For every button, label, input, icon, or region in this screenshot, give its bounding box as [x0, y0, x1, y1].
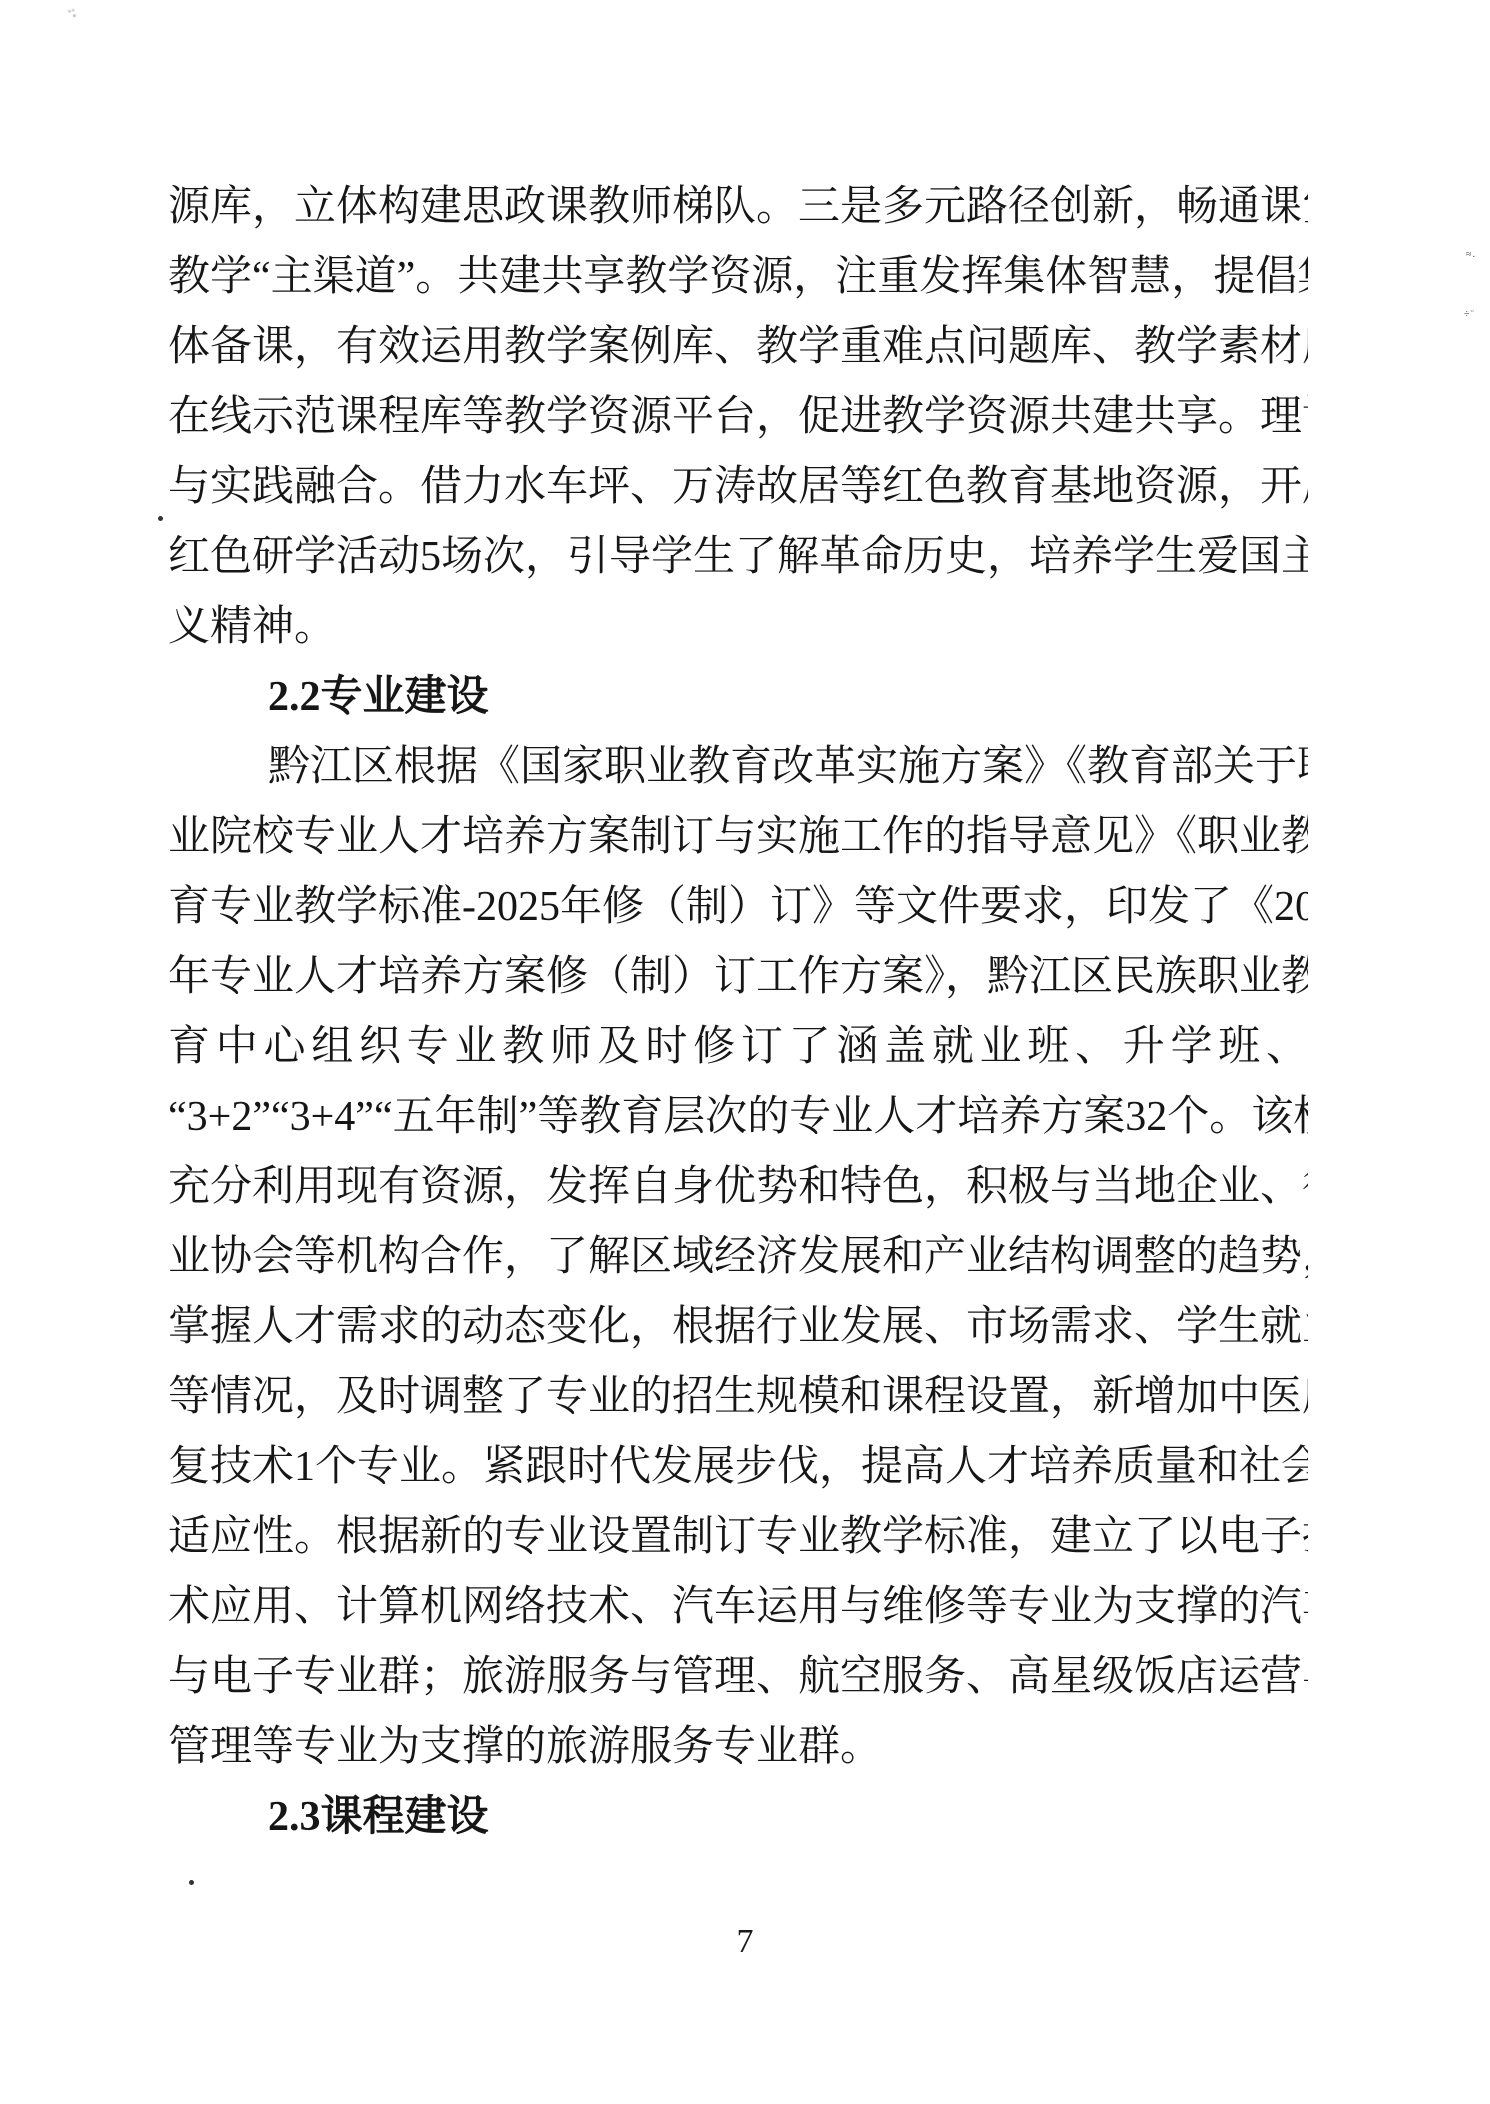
- text-line: “3+2”“3+4”“五年制”等教育层次的专业人才培养方案32个。该校: [168, 1082, 1308, 1152]
- text-line: 育专业教学标准-2025年修（制）订》等文件要求，印发了《2025: [168, 872, 1308, 942]
- scan-speck: ÷¨: [1464, 310, 1475, 320]
- text-line: 在线示范课程库等教学资源平台，促进教学资源共建共享。理论: [168, 382, 1308, 452]
- text-line: 掌握人才需求的动态变化，根据行业发展、市场需求、学生就业: [168, 1292, 1308, 1362]
- text-line: 充分利用现有资源，发挥自身优势和特色，积极与当地企业、行: [168, 1152, 1308, 1222]
- text-line: 业协会等机构合作，了解区域经济发展和产业结构调整的趋势，: [168, 1222, 1308, 1292]
- scan-speck: ≈.: [1466, 250, 1476, 260]
- text-line: 年专业人才培养方案修（制）订工作方案》，黔江区民族职业教: [168, 942, 1308, 1012]
- scan-speck: [66, 8, 78, 19]
- scan-speck: [189, 1880, 194, 1885]
- text-line: 黔江区根据《国家职业教育改革实施方案》《教育部关于职: [168, 732, 1308, 802]
- text-line: 源库，立体构建思政课教师梯队。三是多元路径创新，畅通课堂: [168, 172, 1308, 242]
- section-heading: 2.2专业建设: [168, 662, 1308, 732]
- page-number: 7: [0, 1922, 1490, 1962]
- document-page: 源库，立体构建思政课教师梯队。三是多元路径创新，畅通课堂教学“主渠道”。共建共享…: [0, 0, 1490, 2104]
- text-line: 体备课，有效运用教学案例库、教学重难点问题库、教学素材库、: [168, 312, 1308, 382]
- document-body: 源库，立体构建思政课教师梯队。三是多元路径创新，畅通课堂教学“主渠道”。共建共享…: [168, 172, 1308, 1852]
- text-line: 管理等专业为支撑的旅游服务专业群。: [168, 1712, 1308, 1782]
- text-line: 与实践融合。借力水车坪、万涛故居等红色教育基地资源，开展: [168, 452, 1308, 522]
- text-line: 适应性。根据新的专业设置制订专业教学标准，建立了以电子技: [168, 1502, 1308, 1572]
- text-line: 术应用、计算机网络技术、汽车运用与维修等专业为支撑的汽车: [168, 1572, 1308, 1642]
- text-line: 义精神。: [168, 592, 1308, 662]
- paragraph: 黔江区根据《国家职业教育改革实施方案》《教育部关于职业院校专业人才培养方案制订与…: [168, 732, 1308, 1782]
- text-line: 等情况，及时调整了专业的招生规模和课程设置，新增加中医康: [168, 1362, 1308, 1432]
- text-line: 红色研学活动5场次，引导学生了解革命历史，培养学生爱国主: [168, 522, 1308, 592]
- text-line: 与电子专业群；旅游服务与管理、航空服务、高星级饭店运营与: [168, 1642, 1308, 1712]
- text-line: 复技术1个专业。紧跟时代发展步伐，提高人才培养质量和社会: [168, 1432, 1308, 1502]
- scan-speck: [158, 516, 163, 521]
- paragraph: 源库，立体构建思政课教师梯队。三是多元路径创新，畅通课堂教学“主渠道”。共建共享…: [168, 172, 1308, 662]
- text-line: 育中心组织专业教师及时修订了涵盖就业班、升学班、: [168, 1012, 1308, 1082]
- text-line: 业院校专业人才培养方案制订与实施工作的指导意见》《职业教: [168, 802, 1308, 872]
- text-line: 教学“主渠道”。共建共享教学资源，注重发挥集体智慧，提倡集: [168, 242, 1308, 312]
- section-heading: 2.3课程建设: [168, 1782, 1308, 1852]
